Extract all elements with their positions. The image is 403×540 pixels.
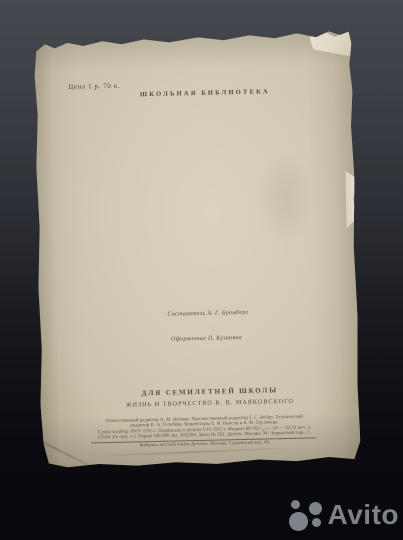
avito-logo-circle <box>312 518 321 527</box>
compiler-credit: Составитель А. Г. Бромберг <box>48 307 367 320</box>
avito-wordmark: Avito <box>328 499 399 531</box>
price-text: Цена 1 р. 70 к. <box>68 82 120 91</box>
paper-stain <box>255 151 317 242</box>
book-back-cover: Цена 1 р. 70 к. ШКОЛЬНАЯ БИБЛИОТЕКА Сост… <box>32 30 361 469</box>
torn-edge-right <box>345 170 358 228</box>
designer-credit: Оформление П. Кузаняна <box>47 332 366 345</box>
avito-logo-icon <box>287 498 324 532</box>
torn-corner-top-right <box>308 27 356 57</box>
avito-watermark: Avito <box>287 498 399 532</box>
avito-logo-circle <box>309 502 322 515</box>
avito-logo-circle <box>289 512 308 531</box>
listing-photo: Цена 1 р. 70 к. ШКОЛЬНАЯ БИБЛИОТЕКА Сост… <box>0 0 403 540</box>
avito-logo-circle <box>291 500 300 509</box>
